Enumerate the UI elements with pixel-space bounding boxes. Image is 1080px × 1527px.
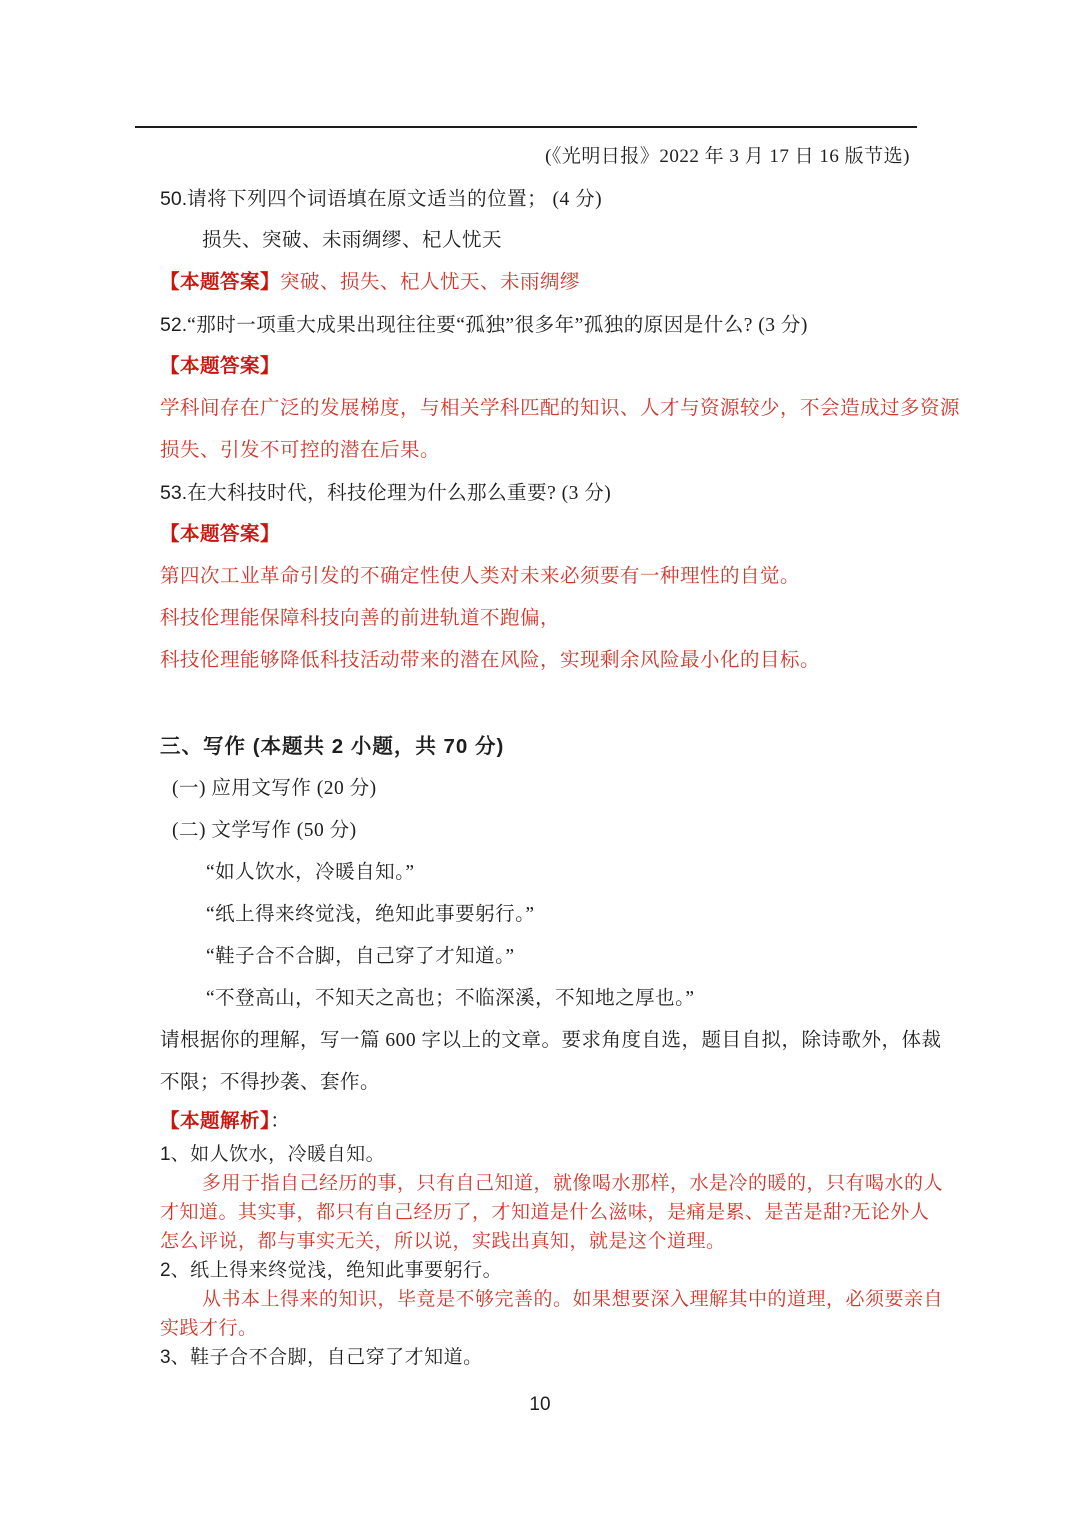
text-segment: 多用于指自己经历的事，只有自己知道，就像喝水那样，水是冷的暖的，只有喝水的人: [202, 1173, 943, 1194]
instruction-line-1: 请根据你的理解，写一篇 600 字以上的文章。要求角度自选，题目自拟，除诗歌外，…: [160, 1020, 920, 1062]
quote-line-3: “鞋子合不合脚，自己穿了才知道。”: [160, 936, 920, 978]
quote-line-1: “如人饮水，冷暖自知。”: [160, 852, 920, 894]
text-segment: 、鞋子合不合脚，自己穿了才知道。: [171, 1347, 483, 1368]
text-segment: 从书本上得来的知识，毕竟是不够完善的。如果想要深入理解其中的道理，必须要亲自: [202, 1289, 943, 1310]
text-segment: 在大科技时代，科技伦理为什么那么重要?: [187, 483, 556, 504]
text-segment: (二) 文学写作 (50 分): [172, 820, 357, 841]
document-lines: (《光明日报》2022 年 3 月 17 日 16 版节选)50.请将下列四个词…: [160, 136, 920, 1372]
text-segment: 损失、突破、未雨绸缪、杞人忧天: [202, 230, 502, 251]
text-segment: (一) 应用文写作 (20 分): [172, 778, 377, 799]
answer-52-line-2: 损失、引发不可控的潜在后果。: [160, 430, 920, 472]
text-segment: 三、写作 (本题共 2 小题，共 70 分): [160, 735, 504, 758]
text-segment: 实践才行。: [160, 1318, 258, 1339]
question-52: 52.“那时一项重大成果出现往往要“孤独”很多年”孤独的原因是什么? (3 分): [160, 304, 920, 346]
answer-53-line-1: 第四次工业革命引发的不确定性使人类对未来必须要有一种理性的自觉。: [160, 556, 920, 598]
text-segment: “鞋子合不合脚，自己穿了才知道。”: [206, 946, 515, 967]
question-53: 53.在大科技时代，科技伦理为什么那么重要? (3 分): [160, 472, 920, 514]
instruction-line-2: 不限；不得抄袭、套作。: [160, 1062, 920, 1104]
text-segment: 损失、引发不可控的潜在后果。: [160, 440, 440, 461]
text-segment: “那时一项重大成果出现往往要“孤独”很多年”孤独的原因是什么?: [187, 315, 753, 336]
text-segment: 科技伦理能保障科技向善的前进轨道不跑偏，: [160, 608, 560, 629]
analysis-label: 【本题解析】：: [160, 1104, 920, 1140]
question-50-word-bank: 损失、突破、未雨绸缪、杞人忧天: [160, 220, 920, 262]
text-segment: 50.: [160, 188, 187, 210]
text-segment: “不登高山，不知天之高也；不临深溪，不知地之厚也。”: [206, 988, 695, 1009]
answer-53-line-2: 科技伦理能保障科技向善的前进轨道不跑偏，: [160, 598, 920, 640]
text-segment: “纸上得来终觉浅，绝知此事要躬行。”: [206, 904, 535, 925]
answer-52-line-1: 学科间存在广泛的发展梯度，与相关学科匹配的知识、人才与资源较少，不会造成过多资源: [160, 388, 920, 430]
subsection-literary-writing: (二) 文学写作 (50 分): [160, 810, 920, 852]
text-segment: (3 分): [753, 315, 808, 336]
text-segment: 【本题答案】: [160, 272, 280, 293]
text-segment: 怎么评说，都与事实无关，所以说，实践出真知，就是这个道理。: [160, 1231, 726, 1252]
text-segment: 【本题答案】: [160, 356, 280, 377]
analysis-item-1: 1、如人饮水，冷暖自知。: [160, 1140, 920, 1169]
text-segment: 突破、损失、杞人忧天、未雨绸缪: [280, 272, 580, 293]
text-segment: 第四次工业革命引发的不确定性使人类对未来必须要有一种理性的自觉。: [160, 566, 800, 587]
text-segment: ：: [270, 1111, 290, 1132]
citation: (《光明日报》2022 年 3 月 17 日 16 版节选): [160, 136, 920, 178]
analysis-item-3: 3、鞋子合不合脚，自己穿了才知道。: [160, 1343, 920, 1372]
text-segment: 【本题解析】: [160, 1111, 270, 1132]
text-segment: 、纸上得来终觉浅，绝知此事要躬行。: [171, 1260, 503, 1281]
page-number: 10: [160, 1384, 920, 1426]
text-segment: 科技伦理能够降低科技活动带来的潜在风险，实现剩余风险最小化的目标。: [160, 650, 820, 671]
text-segment: “如人饮水，冷暖自知。”: [206, 862, 415, 883]
text-segment: 53.: [160, 482, 187, 504]
text-segment: 请将下列四个词语填在原文适当的位置；: [187, 189, 547, 210]
text-segment: 2: [160, 1260, 171, 1281]
text-segment: (3 分): [556, 483, 611, 504]
answer-50: 【本题答案】突破、损失、杞人忧天、未雨绸缪: [160, 262, 920, 304]
text-segment: 、如人饮水，冷暖自知。: [171, 1144, 386, 1165]
question-50: 50.请将下列四个词语填在原文适当的位置； (4 分): [160, 178, 920, 220]
text-segment: 才知道。其实事，都只有自己经历了，才知道是什么滋味，是痛是累、是苦是甜?无论外人: [160, 1202, 929, 1223]
document-page: (《光明日报》2022 年 3 月 17 日 16 版节选)50.请将下列四个词…: [0, 0, 1080, 1527]
answer-label-52: 【本题答案】: [160, 346, 920, 388]
analysis-1-line-3: 怎么评说，都与事实无关，所以说，实践出真知，就是这个道理。: [160, 1227, 920, 1256]
analysis-item-2: 2、纸上得来终觉浅，绝知此事要躬行。: [160, 1256, 920, 1285]
document-content: (《光明日报》2022 年 3 月 17 日 16 版节选)50.请将下列四个词…: [0, 136, 1080, 1426]
separator-line: [135, 126, 917, 128]
text-segment: 1: [160, 1144, 171, 1165]
analysis-2-line-1: 从书本上得来的知识，毕竟是不够完善的。如果想要深入理解其中的道理，必须要亲自: [160, 1285, 920, 1314]
answer-53-line-3: 科技伦理能够降低科技活动带来的潜在风险，实现剩余风险最小化的目标。: [160, 640, 920, 682]
text-segment: (4 分): [547, 189, 602, 210]
quote-line-2: “纸上得来终觉浅，绝知此事要躬行。”: [160, 894, 920, 936]
analysis-1-line-1: 多用于指自己经历的事，只有自己知道，就像喝水那样，水是冷的暖的，只有喝水的人: [160, 1169, 920, 1198]
text-segment: 3: [160, 1347, 171, 1368]
text-segment: 请根据你的理解，写一篇 600 字以上的文章。要求角度自选，题目自拟，除诗歌外，…: [160, 1030, 942, 1051]
analysis-2-line-2: 实践才行。: [160, 1314, 920, 1343]
quote-line-4: “不登高山，不知天之高也；不临深溪，不知地之厚也。”: [160, 978, 920, 1020]
text-segment: 52.: [160, 314, 187, 336]
section-heading-writing: 三、写作 (本题共 2 小题，共 70 分): [160, 726, 920, 768]
subsection-applied-writing: (一) 应用文写作 (20 分): [160, 768, 920, 810]
text-segment: (《光明日报》2022 年 3 月 17 日 16 版节选): [545, 146, 910, 167]
analysis-1-line-2: 才知道。其实事，都只有自己经历了，才知道是什么滋味，是痛是累、是苦是甜?无论外人: [160, 1198, 920, 1227]
text-segment: 【本题答案】: [160, 524, 280, 545]
text-segment: 不限；不得抄袭、套作。: [160, 1072, 380, 1093]
answer-label-53: 【本题答案】: [160, 514, 920, 556]
text-segment: 学科间存在广泛的发展梯度，与相关学科匹配的知识、人才与资源较少，不会造成过多资源: [160, 398, 960, 419]
